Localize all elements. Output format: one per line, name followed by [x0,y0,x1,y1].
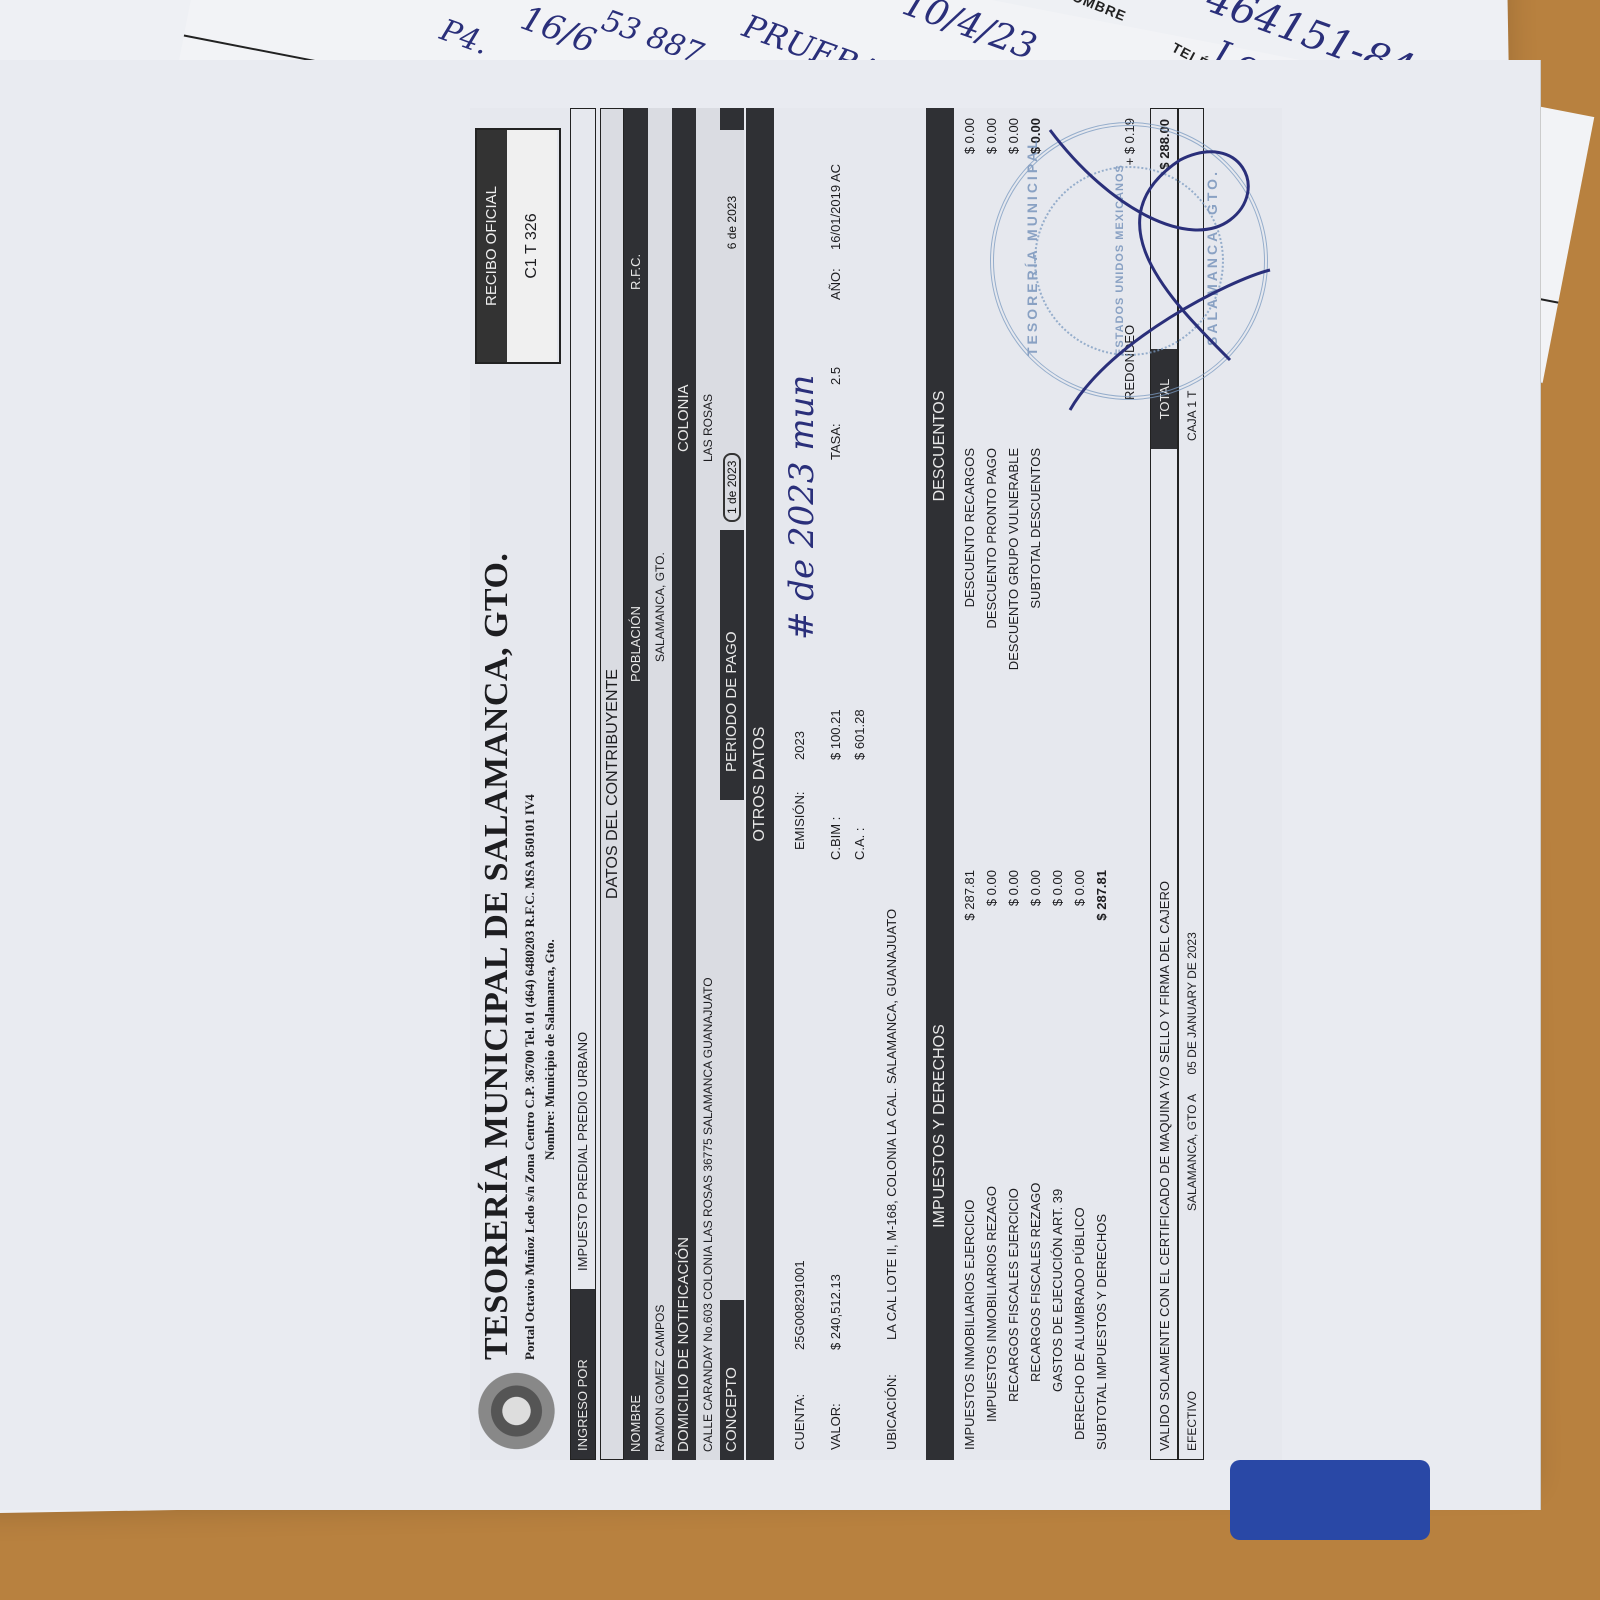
recibo-label: RECIBO OFICIAL [477,130,507,362]
colonia-value: LAS ROSAS [696,270,720,470]
nombre-header-row: NOMBRE POBLACIÓN R.F.C. [624,108,648,1460]
rfc-value [648,180,672,380]
ubicacion-value: LA CAL LOTE II, M-168, COLONIA LA CAL. S… [884,909,899,1340]
tasa-label: TASA: [828,423,843,460]
concepto-row: CONCEPTO PERIODO DE PAGO 1 de 2023 6 de … [720,108,744,1460]
descuento-amount: $ 0.00 [984,118,999,154]
concepto-value [720,800,744,1300]
domicilio-value: CALLE CARANDAY No.603 COLONIA LAS ROSAS … [696,600,720,1460]
otros-datos-section: CUENTA: 25G008291001 EMISIÓN: 2023 # de … [774,108,924,1460]
anio-label: AÑO: [828,268,843,300]
periodo-from: 1 de 2023 [723,453,741,522]
descuento-amount: $ 0.00 [962,118,977,154]
colonia-label: COLONIA [672,260,696,460]
receipt: TESORERÍA MUNICIPAL DE SALAMANCA, GTO. P… [470,108,1282,1460]
concepto-label: CONCEPTO [720,1310,744,1460]
recibo-oficial-box: RECIBO OFICIAL C1 T 326 [475,128,561,364]
ubicacion-label: UBICACIÓN: [884,1374,899,1450]
nombre-value-row: RAMON GOMEZ CAMPOS SALAMANCA, GTO. [648,108,672,1460]
periodo-values: 1 de 2023 6 de 2023 [720,130,744,530]
cbim-label: C.BIM : [828,817,843,860]
cashier-signature [1030,120,1280,420]
tasa-value: 2.5 [828,367,843,385]
lugar-fecha: SALAMANCA, GTO A 05 DE JANUARY DE 2023 [1179,719,1203,1219]
descuento-label: DESCUENTO PRONTO PAGO [984,448,999,629]
ingreso-por-row: INGRESO POR IMPUESTO PREDIAL PREDIO URBA… [570,108,596,1460]
domicilio-header-row: DOMICILIO DE NOTIFICACIÓN COLONIA [672,108,696,1460]
blue-object [1230,1460,1430,1540]
impuestos-descuentos-header: IMPUESTOS Y DERECHOS DESCUENTOS [926,108,954,1460]
receipt-address: Portal Octavio Muñoz Ledo s/n Zona Centr… [522,794,538,1360]
recibo-number: C1 T 326 [507,130,557,362]
otros-datos-header: OTROS DATOS [746,108,774,1460]
descuento-amount: $ 0.00 [1006,118,1021,154]
impuestos-header: IMPUESTOS Y DERECHOS [926,800,954,1460]
ingreso-por-label: INGRESO POR [571,1289,595,1459]
periodo-label: PERIODO DE PAGO [720,540,744,780]
descuentos-header: DESCUENTOS [926,120,954,780]
poblacion-value: SALAMANCA, GTO. [648,370,672,670]
cbim-value: $ 100.21 [828,709,843,760]
periodo-to: 6 de 2023 [725,196,739,249]
poblacion-label: POBLACIÓN [624,390,648,690]
domicilio-value-row: CALLE CARANDAY No.603 COLONIA LAS ROSAS … [696,108,720,1460]
ca-label: C.A. : [852,827,867,860]
datos-contribuyente-header: DATOS DEL CONTRIBUYENTE [600,108,624,1460]
validez-text: VALIDO SOLAMENTE CON EL CERTIFICADO DE M… [1151,559,1177,1459]
handwritten-annotation: # de 2023 mun [782,375,822,640]
valor-value: $ 240,512.13 [828,1274,843,1350]
cuenta-value: 25G008291001 [792,1260,807,1350]
emision-value: 2023 [792,731,807,760]
receipt-rotation-frame: TESORERÍA MUNICIPAL DE SALAMANCA, GTO. P… [470,108,1282,1460]
valor-label: VALOR: [828,1403,843,1450]
anio-value: 16/01/2019 AC [828,164,843,250]
descuento-label: SUBTOTAL DESCUENTOS [1028,448,1043,609]
receipt-title: TESORERÍA MUNICIPAL DE SALAMANCA, GTO. [478,553,516,1360]
descuento-label: DESCUENTO GRUPO VULNERABLE [1006,448,1021,670]
ca-value: $ 601.28 [852,709,867,760]
nombre-label: NOMBRE [624,960,648,1460]
forma-pago: EFECTIVO [1179,1309,1203,1459]
descuento-label: DESCUENTO RECARGOS [962,448,977,607]
cuenta-label: CUENTA: [792,1394,807,1450]
receipt-issuer-name: Nombre: Municipio de Salamanca, Gto. [542,939,558,1160]
emision-label: EMISIÓN: [792,791,807,850]
ingreso-por-value: IMPUESTO PREDIAL PREDIO URBANO [571,579,595,1279]
municipal-crest-icon [476,1372,566,1450]
domicilio-label: DOMICILIO DE NOTIFICACIÓN [672,860,696,1460]
nombre-value: RAMON GOMEZ CAMPOS [648,960,672,1460]
rfc-label: R.F.C. [624,180,648,380]
